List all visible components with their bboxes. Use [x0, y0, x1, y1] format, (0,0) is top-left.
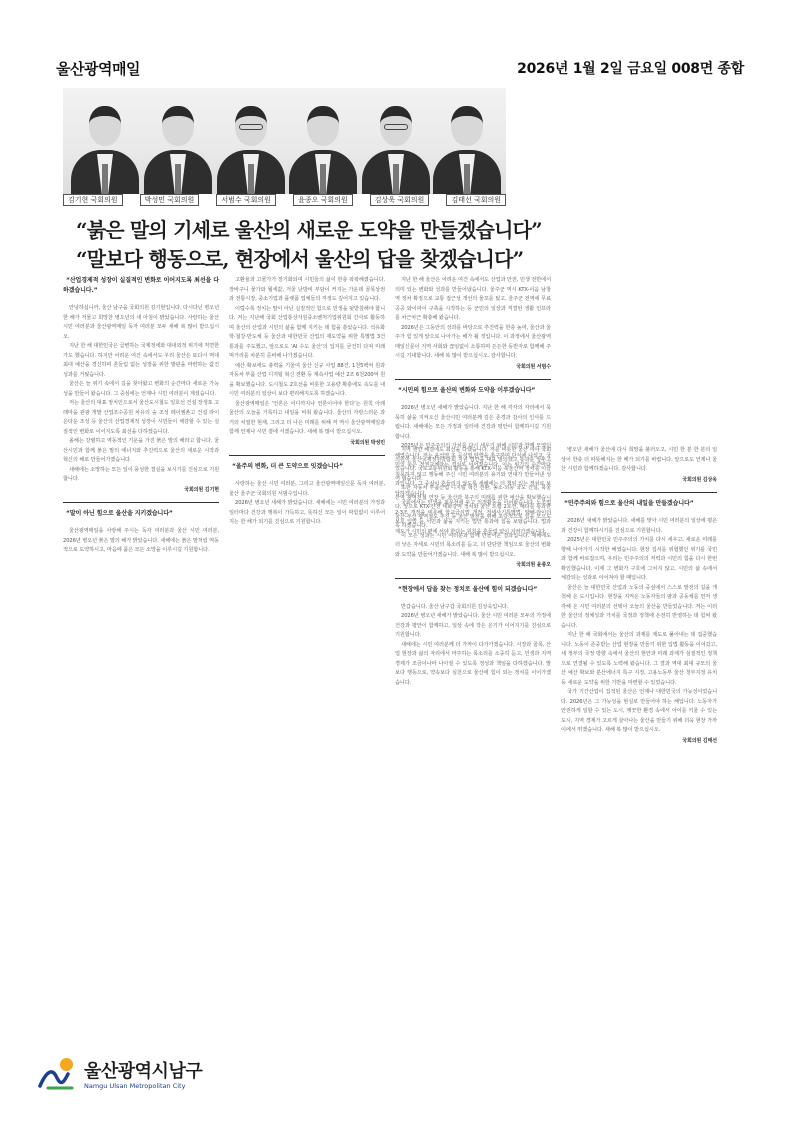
portrait-5	[358, 94, 432, 194]
issue-dateline: 2026년 1월 2일 금요일 008면 종합	[517, 58, 744, 78]
article-signature: 국회의원 박성민	[229, 439, 385, 449]
article-paragraph: 올해는 강렬하고 역동적인 기운을 가진 붉은 말의 해라고 합니다. 울산시민…	[63, 437, 219, 466]
article-paragraph: 새해에는 소망하는 모든 일이 풍성한 결실을 보시기를 진심으로 기원합니다.	[63, 466, 219, 485]
article-signature: 국회의원 윤종오	[395, 561, 551, 571]
photo-caption-row: 김기현 국회의원 박성민 국회의원 서범수 국회의원 윤종오 국회의원 김상욱 …	[63, 194, 506, 206]
article-paragraph: 이럴수록 정치는 말이 아닌 실질적인 힘으로 민생을 뒷받침해야 합니다. 저…	[229, 305, 385, 362]
article-paragraph: 울산은 늘 대한민국 산업과 노동의 중심에서 스스로 발전의 길을 개척해 온…	[561, 584, 717, 632]
lawmakers-group-photo	[63, 88, 506, 194]
article-paragraph: 2026년 병오년 새해가 밝았습니다. 지난 한 해 각자의 자리에서 묵묵히…	[395, 404, 551, 442]
section-divider	[229, 455, 385, 456]
section-divider	[561, 492, 717, 493]
article-paragraph: 국가 기간산업이 집적된 울산은 언제나 대한민국의 가능성이었습니다. 202…	[561, 688, 717, 736]
caption-name: 김기현 국회의원	[63, 194, 123, 206]
section-divider	[395, 578, 551, 579]
article-paragraph: 반갑습니다. 울산 남구갑 국회의원 김상욱입니다.	[395, 603, 551, 613]
portrait-4	[285, 94, 359, 194]
article-subhead: “현장에서 답을 찾는 정치로 울산에 힘이 되겠습니다”	[395, 585, 551, 595]
newspaper-masthead: 울산광역매일	[56, 58, 140, 79]
article-paragraph: 또한 자동차 부품산업 디지털 혁신 전환, 농소-외동 국도 건설, 북울산역…	[395, 484, 551, 532]
logo-korean-name: 울산광역시남구	[84, 1062, 202, 1082]
section-divider	[63, 502, 219, 503]
article-signature: 국회의원 김태선	[561, 737, 717, 747]
article-paragraph: 안녕하십니까, 울산 남구을 국회의원 김기현입니다. 다시다닌 병오년 한 해…	[63, 304, 219, 342]
caption-name: 박성민 국회의원	[140, 194, 200, 206]
article-subhead: “산업경제적 성장이 실질적인 변화로 이어지도록 최선을 다하겠습니다.”	[63, 276, 219, 296]
portrait-6	[429, 94, 503, 194]
article-column-1: “산업경제적 성장이 실질적인 변화로 이어지도록 최선을 다하겠습니다.” 안…	[63, 276, 219, 556]
article-signature: 국회의원 김상욱	[561, 476, 717, 486]
namgu-district-logo: 울산광역시남구 Namgu Ulsan Metropolitan City	[36, 1056, 202, 1096]
article-paragraph: 2026년 새해가 밝았습니다. 새해를 맞아 시민 여러분의 일상에 평온과 …	[561, 517, 717, 536]
article-paragraph: 울산광역매일은 ‘언론은 어디까지나 언론이어야 한다’는 원칙 아래 울산의 …	[229, 400, 385, 438]
section-divider	[395, 379, 551, 380]
article-paragraph: 새해에는 시민 여러분께 더 가까이 다가가겠습니다. 시장과 골목, 산업 현…	[395, 641, 551, 689]
article-signature: 국회의원 김기현	[63, 486, 219, 496]
caption-name: 김상욱 국회의원	[370, 194, 430, 206]
namgu-emblem-icon	[36, 1056, 80, 1096]
article-subhead: “말이 아닌 힘으로 울산을 지키겠습니다”	[63, 509, 219, 519]
article-paragraph: 2026년은 그동안의 성과를 바탕으로 추진력을 한층 높여, 울산과 울주가…	[395, 324, 551, 362]
article-signature: 국회의원 서범수	[395, 363, 551, 373]
article-subhead: “민주주의와 힘으로 울산의 내일을 만들겠습니다”	[561, 499, 717, 509]
article-paragraph: 2025년은 대한민국 민주주의의 가치를 다시 세우고, 새로운 미래를 향해…	[561, 536, 717, 584]
article-paragraph: 예산 확보에도 총력을 기울여 울산 신규 사업 88건, 1천5백억 원과 자…	[229, 362, 385, 400]
portrait-3	[213, 94, 287, 194]
portrait-2	[140, 94, 214, 194]
article-paragraph: 사랑하는 울산 시민 여러분, 그리고 울산광역매일신문 독자 여러분, 울산 …	[229, 480, 385, 499]
article-paragraph: 지역 현안 해결에도 최선을 다했습니다. 저를 비롯한 울산 여야 국회의원이…	[395, 446, 551, 484]
portrait-1	[67, 94, 141, 194]
headline-line-1: “붉은 말의 기세로 울산의 새로운 도약을 만들겠습니다”	[76, 214, 542, 243]
article-paragraph: 고환율과 고물가가 장기화되며 시민들의 삶이 한층 팍팍해졌습니다. 장바구니…	[229, 276, 385, 305]
headline-line-2: “말보다 행동으로, 현장에서 울산의 답을 찾겠습니다”	[76, 243, 523, 272]
article-paragraph: 병오년 새해가 울산에 다시 희망을 불러오고, 시민 한 분 한 분의 일상이…	[561, 446, 717, 475]
article-paragraph: 저는 울산의 대표 정치인으로서 울산도시철도 일호선 건설 장생포 고래마을 …	[63, 399, 219, 437]
article-paragraph: 지난 한 해 울산은 어려운 여건 속에서도 산업과 안전, 민생 전반에서 의…	[395, 276, 551, 324]
article-paragraph: 지난 한 해 국회에서는 울산의 과제를 제도로 풀어내는 데 집중했습니다. …	[561, 631, 717, 688]
article-paragraph: 이 모든 성과는 시민 여러분과 함께 만들어온 결과입니다. 새해에도 더 낮…	[395, 532, 551, 561]
article-column-6: 병오년 새해가 울산에 다시 희망을 불러오고, 시민 한 분 한 분의 일상이…	[561, 446, 717, 746]
article-paragraph: 울산은 늘 위기 속에서 길을 찾아왔고 변화의 순간마다 새로운 가능성을 만…	[63, 380, 219, 399]
article-paragraph: 지난 한 해 대한민국은 급변하는 국제정세와 대내외적 위기에 직면한 가도 …	[63, 342, 219, 380]
article-subhead: “울주의 변화, 더 큰 도약으로 잇겠습니다”	[229, 462, 385, 472]
article-column-2: 고환율과 고물가가 장기화되며 시민들의 삶이 한층 팍팍해졌습니다. 장바구니…	[229, 276, 385, 528]
article-column-5: 지역 현안 해결에도 최선을 다했습니다. 저를 비롯한 울산 여야 국회의원이…	[395, 446, 551, 688]
article-paragraph: 2026년 병오년 새해가 밝았습니다. 새해에는 시민 여러분의 가정과 일터…	[229, 499, 385, 528]
article-paragraph: 울산광역매일을 사랑해 주시는 독자 여러분과 울산 시민 여러분, 2026년…	[63, 527, 219, 556]
logo-english-name: Namgu Ulsan Metropolitan City	[84, 1082, 202, 1090]
caption-name: 서범수 국회의원	[216, 194, 276, 206]
article-subhead: “시민의 힘으로 울산의 변화와 도약을 이루겠습니다”	[395, 386, 551, 396]
article-paragraph: 2026년 병오년 새해가 밝았습니다. 울산 시민 여러분 모두의 가정에 건…	[395, 612, 551, 641]
caption-name: 김태선 국회의원	[446, 194, 506, 206]
caption-name: 윤종오 국회의원	[293, 194, 353, 206]
